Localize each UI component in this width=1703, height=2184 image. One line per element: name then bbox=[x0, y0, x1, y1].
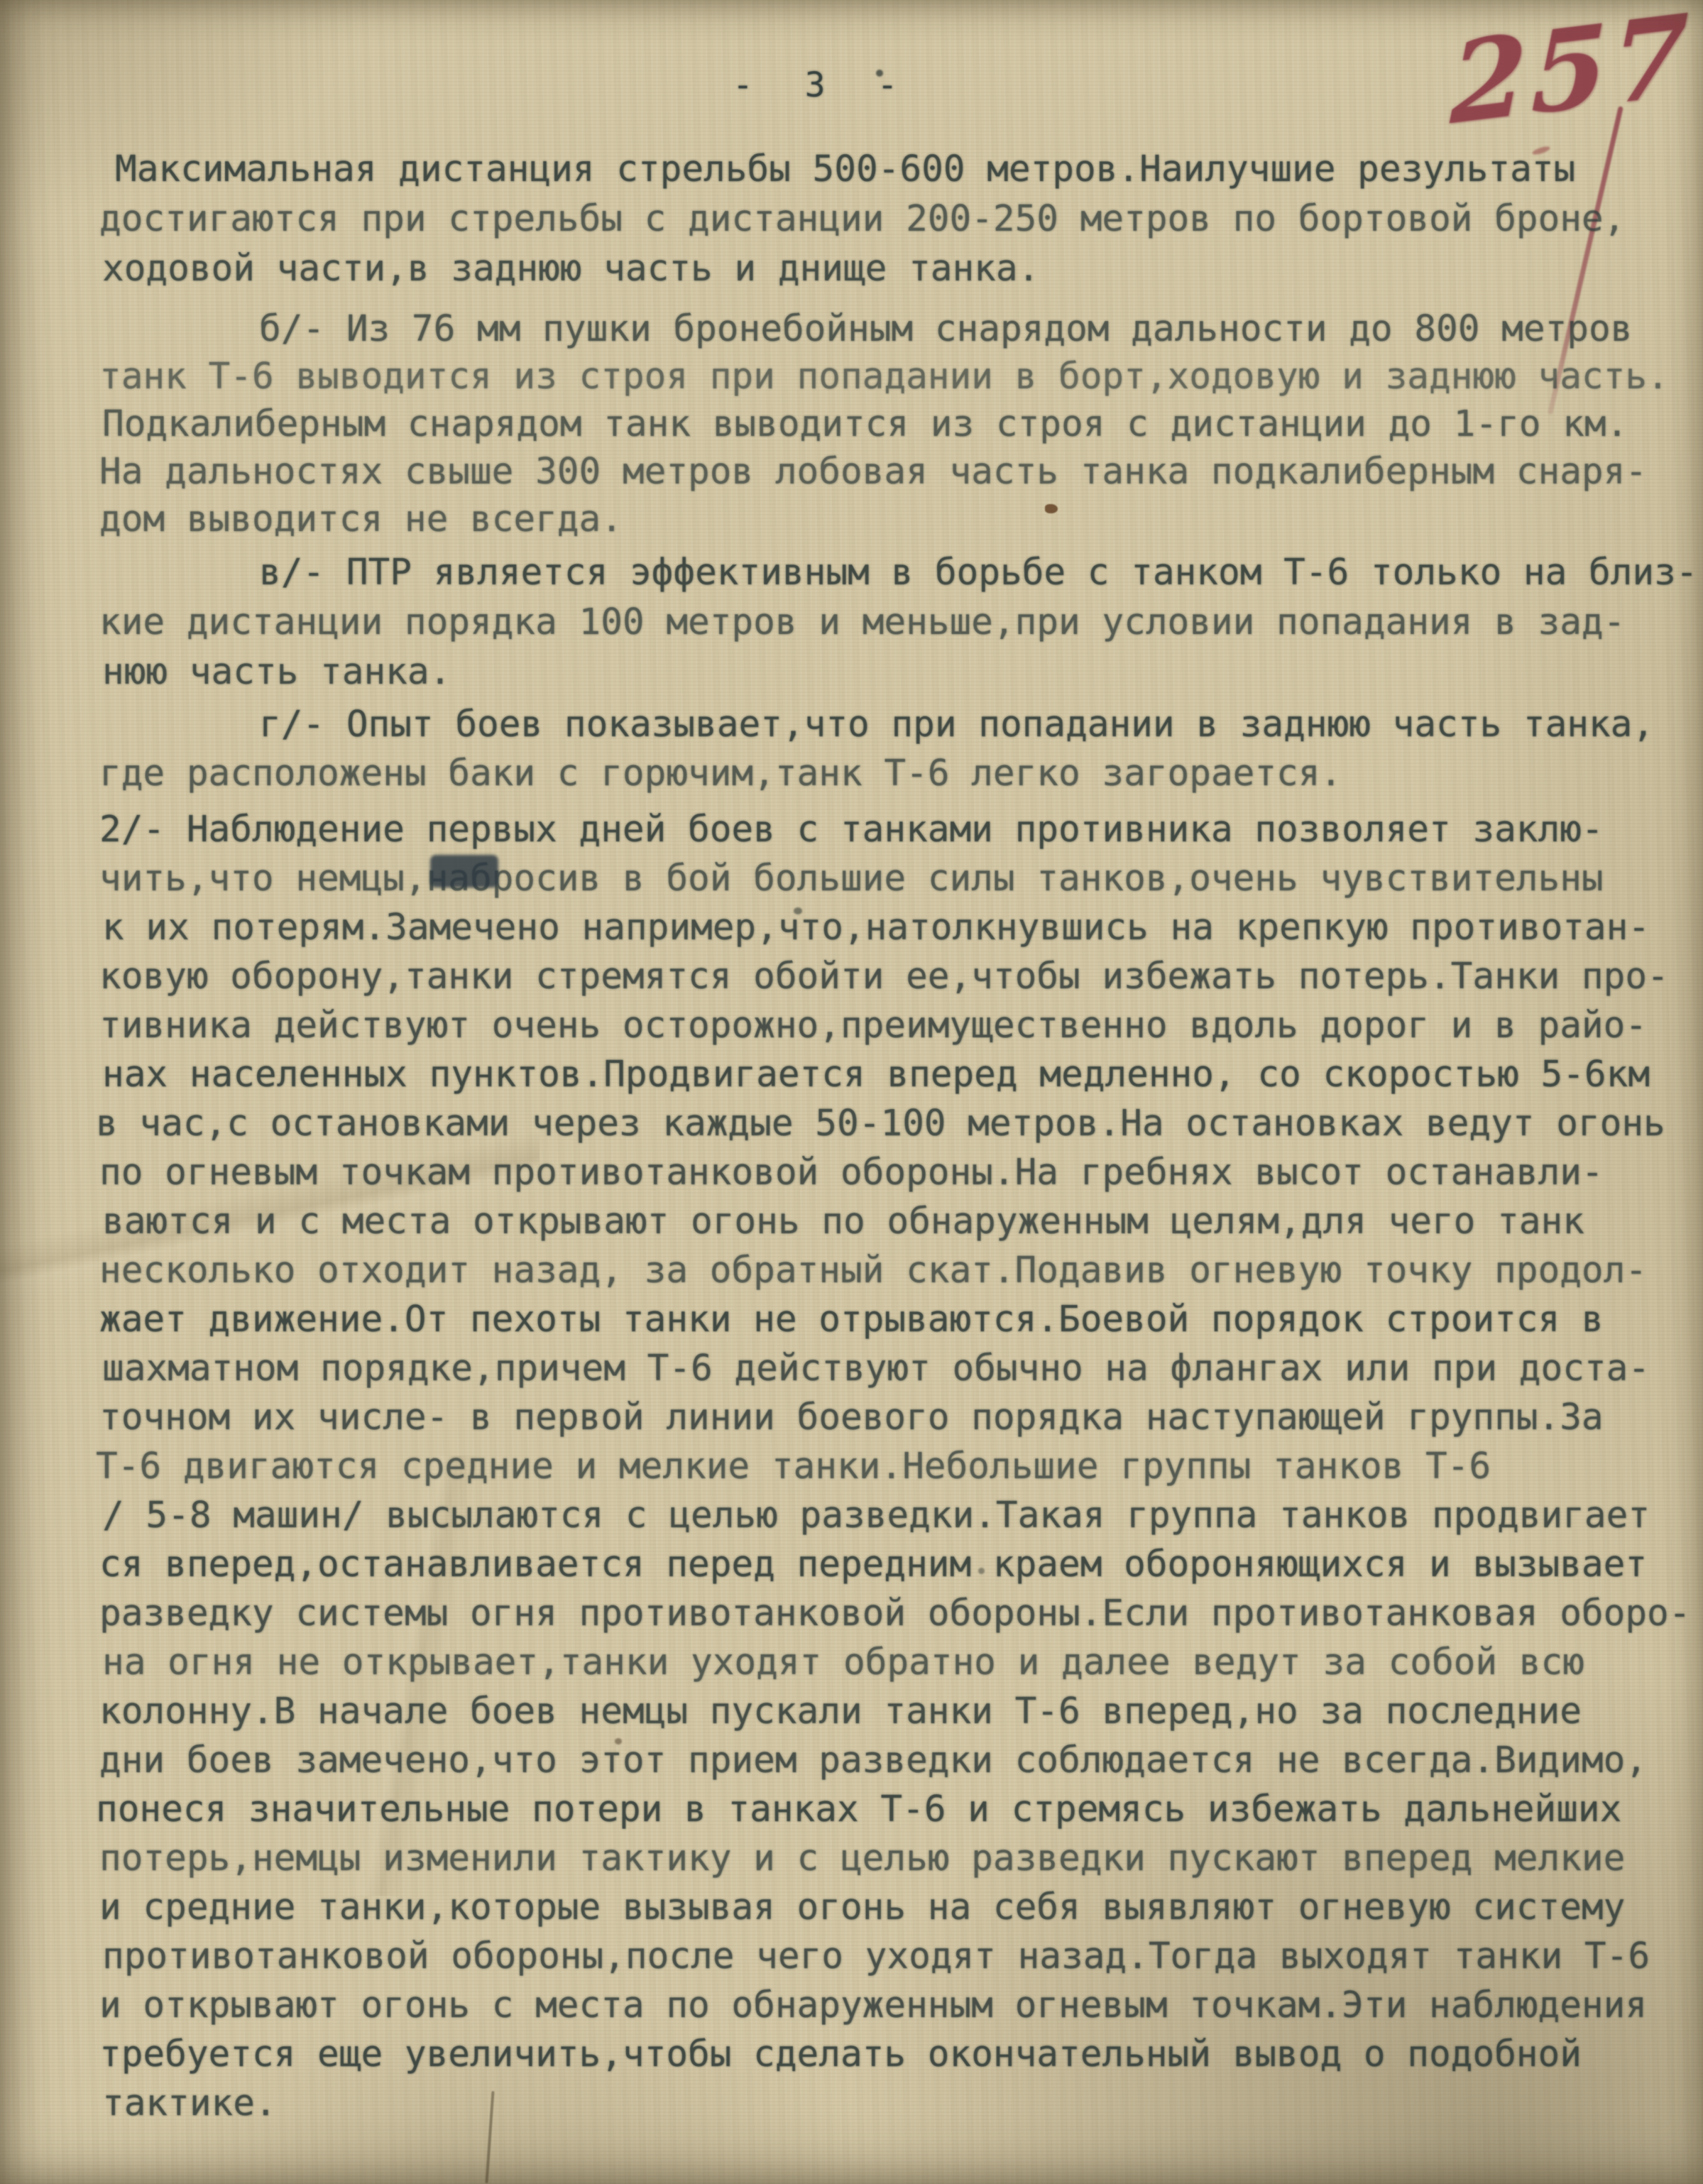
text-line: в час,с остановками через каждые 50-100 … bbox=[96, 1099, 1703, 1148]
document-page: - 3 - 257 Максимальная дистанция стрельб… bbox=[0, 0, 1703, 2184]
text-line: кие дистанции порядка 100 метров и меньш… bbox=[99, 598, 1703, 648]
text-line: ся вперед,останавливается перед передним… bbox=[99, 1540, 1703, 1589]
text-line: дом выводится не всегда. bbox=[99, 496, 1703, 543]
text-line: чить,что немцы,набросив в бой большие си… bbox=[99, 854, 1703, 903]
text-line: нюю часть танка. bbox=[102, 648, 1703, 697]
text-line: и средние танки,которые вызывая огонь на… bbox=[99, 1883, 1703, 1932]
paragraph-v: в/- ПТР является эффективным в борьбе с … bbox=[99, 548, 1703, 697]
text-line: На дальностях свыше 300 метров лобовая ч… bbox=[99, 448, 1703, 496]
text-line: тактике. bbox=[102, 2079, 1703, 2128]
paragraph-b: б/- Из 76 мм пушки бронебойным снарядом … bbox=[99, 305, 1703, 543]
paragraph-g: г/- Опыт боев показывает,что при попадан… bbox=[99, 700, 1703, 798]
text-line: понеся значительные потери в танках Т-6 … bbox=[96, 1785, 1703, 1834]
text-line: Т-6 двигаются средние и мелкие танки.Неб… bbox=[96, 1442, 1703, 1491]
paragraph-2: 2/- Наблюдение первых дней боев с танкам… bbox=[99, 805, 1703, 2128]
text-line: ваются и с места открывают огонь по обна… bbox=[102, 1197, 1703, 1246]
page-number: - 3 - bbox=[733, 65, 914, 105]
text-line: потерь,немцы изменили тактику и с целью … bbox=[99, 1834, 1703, 1883]
text-line: где расположены баки с горючим,танк Т-6 … bbox=[99, 749, 1703, 798]
paragraph-a-continuation: Максимальная дистанция стрельбы 500-600 … bbox=[99, 145, 1703, 294]
text-line: б/- Из 76 мм пушки бронебойным снарядом … bbox=[99, 305, 1703, 353]
text-line: нах населенных пунктов.Продвигается впер… bbox=[102, 1050, 1703, 1099]
text-line: ходовой части,в заднюю часть и днище тан… bbox=[102, 244, 1703, 294]
ink-blot-icon bbox=[430, 855, 498, 888]
text-line: шахматном порядке,причем Т-6 действуют о… bbox=[102, 1344, 1703, 1393]
text-line: / 5-8 машин/ высылаются с целью разведки… bbox=[102, 1491, 1703, 1540]
text-line: на огня не открывает,танки уходят обратн… bbox=[102, 1638, 1703, 1687]
text-line: дни боев замечено,что этот прием разведк… bbox=[99, 1736, 1703, 1785]
text-line: точном их числе- в первой линии боевого … bbox=[99, 1393, 1703, 1442]
text-line: тивника действуют очень осторожно,преиму… bbox=[99, 1001, 1703, 1050]
text-line: г/- Опыт боев показывает,что при попадан… bbox=[99, 700, 1703, 749]
text-line: достигаются при стрельбы с дистанции 200… bbox=[99, 195, 1703, 244]
text-line: в/- ПТР является эффективным в борьбе с … bbox=[99, 548, 1703, 598]
text-line: разведку системы огня противотанковой об… bbox=[99, 1589, 1703, 1638]
text-line: противотанковой обороны,после чего уходя… bbox=[102, 1932, 1703, 1981]
text-line: Подкалиберным снарядом танк выводится из… bbox=[102, 400, 1703, 448]
text-line: требуется еще увеличить,чтобы сделать ок… bbox=[99, 2030, 1703, 2079]
handwritten-folio-number: 257 bbox=[1450, 0, 1694, 150]
text-line: ковую оборону,танки стремятся обойти ее,… bbox=[99, 952, 1703, 1001]
text-line: колонну.В начале боев немцы пускали танк… bbox=[99, 1687, 1703, 1736]
text-line: жает движение.От пехоты танки не отрываю… bbox=[99, 1295, 1703, 1344]
text-line: 2/- Наблюдение первых дней боев с танкам… bbox=[99, 805, 1703, 854]
text-line: и открывают огонь с места по обнаруженны… bbox=[99, 1981, 1703, 2030]
text-line: танк Т-6 выводится из строя при попадани… bbox=[99, 353, 1703, 400]
text-line: по огневым точкам противотанковой оборон… bbox=[99, 1148, 1703, 1197]
text-line: к их потерям.Замечено например,что,натол… bbox=[102, 903, 1703, 952]
text-line: несколько отходит назад, за обратный ска… bbox=[99, 1246, 1703, 1295]
text-line: Максимальная дистанция стрельбы 500-600 … bbox=[99, 145, 1703, 195]
